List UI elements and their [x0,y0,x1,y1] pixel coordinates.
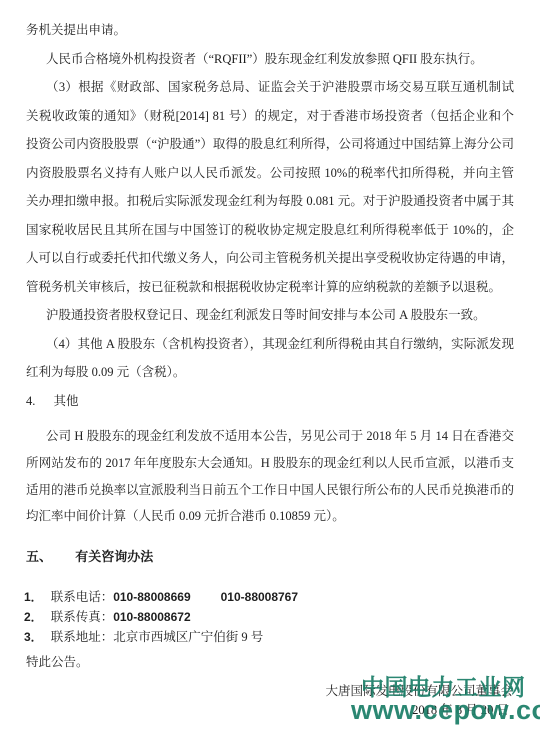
body-line: 投资公司内资股股票（“沪股通”）取得的股息红利所得，公司将通过中国结算上海分公司… [26,130,514,159]
body-line: 关税收政策的通知》（财税[2014] 81 号）的规定，对于香港市场投资者（包括… [26,102,514,131]
contact-label: 联系传真： [51,610,114,624]
body-line: 所网站发布的 2017 年年度股东大会通知。H 股股东的现金红利以人民币宣派，以… [26,450,514,477]
contact-list: 1．联系电话：010-88008669010-88008767 2．联系传真：0… [24,587,514,647]
body-line: 适用的港币兑换率以宣派股利当日前五个工作日中国人民银行所公布的人民币兑换港币的平 [26,477,514,504]
section-number: 五、 [26,549,52,564]
list-number: 2． [24,610,43,624]
body-line: 沪股通投资者股权登记日、现金红利派发日等时间安排与本公司 A 股股东一致。 [26,301,514,330]
list-number: 3． [24,630,43,644]
contact-label: 联系电话： [51,590,114,604]
body-line: 公司 H 股股东的现金红利发放不适用本公告，另见公司于 2018 年 5 月 1… [26,423,514,450]
contact-address-row: 3．联系地址：北京市西城区广宁伯街 9 号 [24,627,514,647]
h-share-paragraph: 公司 H 股股东的现金红利发放不适用本公告，另见公司于 2018 年 5 月 1… [26,423,514,530]
body-text: 务机关提出申请。 人民币合格境外机构投资者（“RQFII”）股东现金红利发放参照… [26,16,514,415]
section-title: 其他 [54,394,79,408]
contact-address: 北京市西城区广宁伯街 9 号 [113,630,263,644]
body-line: 红利为每股 0.09 元（含税）。 [26,358,514,387]
body-line: 国家税收居民且其所在国与中国签订的税收协定规定股息红利所得税率低于 10%的，企… [26,216,514,245]
section-title: 有关咨询办法 [75,549,153,564]
watermark-site-url: www.cepow.com [351,695,540,726]
list-number: 1． [24,590,43,604]
fax-number: 010-88008672 [113,610,190,624]
body-line: （4）其他 A 股股东（含机构投资者），其现金红利所得税由其自行缴纳，实际派发现… [26,330,514,359]
body-line: 内资股股票名义持有人账户以人民币派发。公司按照 10%的税率代扣所得税，并向主管… [26,159,514,188]
site-watermark: 中国电力工业网 www.cepow.com [0,668,540,734]
document-page: 务机关提出申请。 人民币合格境外机构投资者（“RQFII”）股东现金红利发放参照… [0,0,540,743]
section-heading-4: 4. 其他 [26,387,514,416]
body-line: 人可以自行或委托代扣代缴义务人，向公司主管税务机关提出享受税收协定待遇的申请，主 [26,244,514,273]
body-line: 务机关提出申请。 [26,16,514,45]
body-line: 关办理扣缴申报。扣税后实际派发现金红利为每股 0.081 元。对于沪股通投资者中… [26,187,514,216]
phone-number: 010-88008669 [113,590,190,604]
body-line: 人民币合格境外机构投资者（“RQFII”）股东现金红利发放参照 QFII 股东执… [26,45,514,74]
section-number: 4. [26,394,35,408]
contact-label: 联系地址： [51,630,114,644]
body-line: 管税务机关审核后，按已征税款和根据税收协定税率计算的应纳税款的差额予以退税。 [26,273,514,302]
body-line: 均汇率中间价计算（人民币 0.09 元折合港币 0.10859 元）。 [26,503,514,530]
section-heading-5: 五、 有关咨询办法 [26,546,153,568]
contact-fax-row: 2．联系传真：010-88008672 [24,607,514,627]
body-line: （3）根据《财政部、国家税务总局、证监会关于沪港股票市场交易互联互通机制试点有 [26,73,514,102]
phone-number: 010-88008767 [221,590,298,604]
contact-phone-row: 1．联系电话：010-88008669010-88008767 [24,587,514,607]
